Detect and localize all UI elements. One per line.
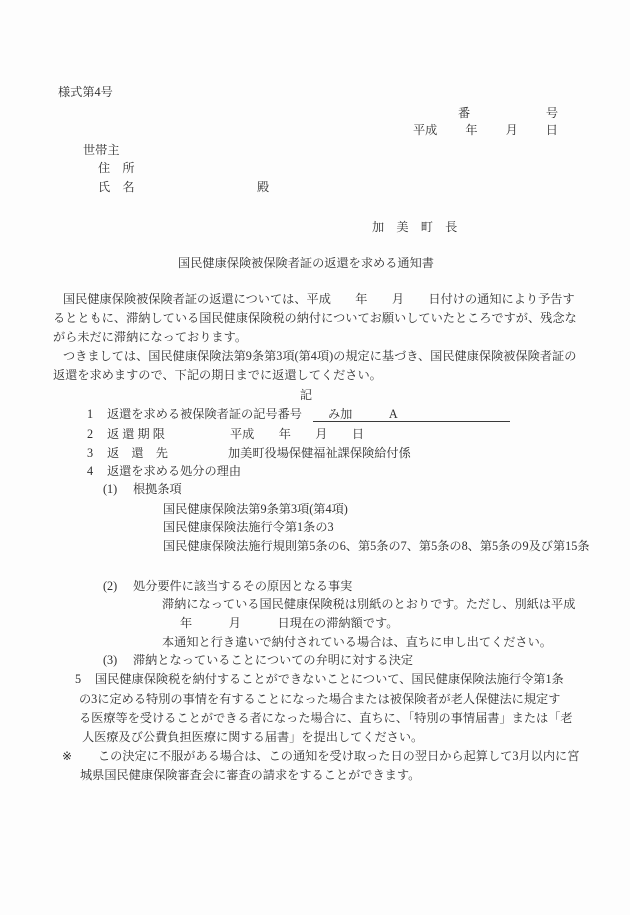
paragraph-line: 国民健康保険被保険者証の返還については、平成 年 月 日付けの通知により予告す [63, 290, 575, 309]
address-label: 住 所 [98, 159, 135, 178]
day-label: 日 [546, 121, 558, 140]
item-number: 5 [75, 670, 81, 689]
list-item-2: 2 返 還 期 限 平成 年 月 日 [0, 425, 630, 444]
fact-line: 滞納になっている国民健康保険税は別紙のとおりです。ただし、別紙は平成 [162, 595, 575, 614]
item-text-line: の3に定める特別の事情を有することになった場合または被保険者が老人保健法に規定す [79, 690, 560, 709]
item-label: 返 還 期 限 [107, 425, 165, 444]
legal-basis-line: 国民健康保険法施行規則第5条の6、第5条の7、第5条の8、第5条の9及び第15条 [163, 537, 590, 556]
ki-marker: 記 [0, 386, 612, 405]
list-item-1: 1 返還を求める被保険者証の記号番号 み加 A [0, 405, 630, 424]
note-text-line: 城県国民健康保険審査会に審査の請求をすることができます。 [80, 766, 420, 785]
year-label: 年 [465, 121, 477, 140]
issue-date-row: 平成 年 月 日 [413, 121, 558, 140]
item-text-line: 国民健康保険税を納付することができないことについて、国民健康保険法施行令第1条 [95, 670, 564, 689]
sub-item-label: 処分要件に該当するその原因となる事実 [133, 577, 352, 596]
item-label: 返還を求める処分の理由 [107, 462, 241, 481]
sub-item-label: 滞納となっていることについての弁明に対する決定 [133, 651, 413, 670]
sub-item-number: (2) [103, 577, 117, 596]
legal-basis-line: 国民健康保険法第9条第3項(第4項) [163, 500, 348, 519]
list-item-3: 3 返 還 先 加美町役場保健福祉課保険給付係 [0, 444, 630, 463]
item-label: 返 還 先 [107, 444, 168, 463]
list-item-4: 4 返還を求める処分の理由 [0, 462, 630, 481]
month-label: 月 [506, 121, 518, 140]
document-page: 様式第4号 番 号 平成 年 月 日 世帯主 住 所 氏 名 殿 加 美 町 長… [0, 0, 630, 915]
sub-item-1: (1) 根拠条項 [0, 480, 630, 499]
name-label: 氏 名 [98, 178, 135, 197]
item-text-line: る医療等を受けることができる者になった場合に、直ちに、「特別の事情届書」または「… [79, 709, 573, 728]
item-label: 返還を求める被保険者証の記号番号 [107, 405, 302, 424]
legal-basis-line: 国民健康保険法施行令第1条の3 [163, 518, 334, 537]
householder-label: 世帯主 [83, 141, 120, 160]
paragraph-line: がら未だに滞納になっております。 [53, 328, 247, 347]
honorific-label: 殿 [257, 178, 269, 197]
era-label: 平成 [413, 121, 437, 140]
paragraph-line: 返還を求めますので、下記の期日までに返還してください。 [53, 366, 382, 385]
paragraph-line: つきましては、国民健康保険法第9条第3項(第4項)の規定に基づき、国民健康保険被… [63, 347, 576, 366]
sub-item-2: (2) 処分要件に該当するその原因となる事実 [0, 577, 630, 596]
note-row: ※ この決定に不服がある場合は、この通知を受け取った日の翌日から起算して3月以内… [0, 747, 630, 766]
sub-item-label: 根拠条項 [133, 480, 182, 499]
item-text-line: 人医療及び公費負担医療に関する届書」を提出してください。 [82, 728, 423, 747]
note-mark: ※ [62, 747, 72, 766]
paragraph-line: るとともに、滞納している国民健康保険税の納付についてお願いしていたところですが、… [53, 309, 577, 328]
fact-line: 年 月 日現在の滞納額です。 [180, 614, 398, 633]
sender-title: 加 美 町 長 [372, 218, 457, 237]
return-deadline-value: 平成 年 月 日 [230, 425, 364, 444]
sub-item-number: (1) [103, 480, 117, 499]
return-destination-value: 加美町役場保健福祉課保険給付係 [228, 444, 411, 463]
sub-item-3: (3) 滞納となっていることについての弁明に対する決定 [0, 651, 630, 670]
certificate-number-field: み加 A [313, 405, 510, 422]
document-title: 国民健康保険被保険者証の返還を求める通知書 [0, 254, 612, 273]
sub-item-number: (3) [103, 651, 117, 670]
fact-line: 本通知と行き違いで納付されている場合は、直ちに申し出てください。 [162, 633, 552, 652]
list-item-5: 5 国民健康保険税を納付することができないことについて、国民健康保険法施行令第1… [0, 670, 630, 689]
item-number: 3 [87, 444, 93, 463]
item-number: 1 [87, 405, 93, 424]
item-number: 4 [87, 462, 93, 481]
name-row: 氏 名 殿 [0, 178, 630, 197]
item-number: 2 [87, 425, 93, 444]
form-number: 様式第4号 [58, 83, 113, 102]
note-text-line: この決定に不服がある場合は、この通知を受け取った日の翌日から起算して3月以内に宮 [98, 747, 579, 766]
